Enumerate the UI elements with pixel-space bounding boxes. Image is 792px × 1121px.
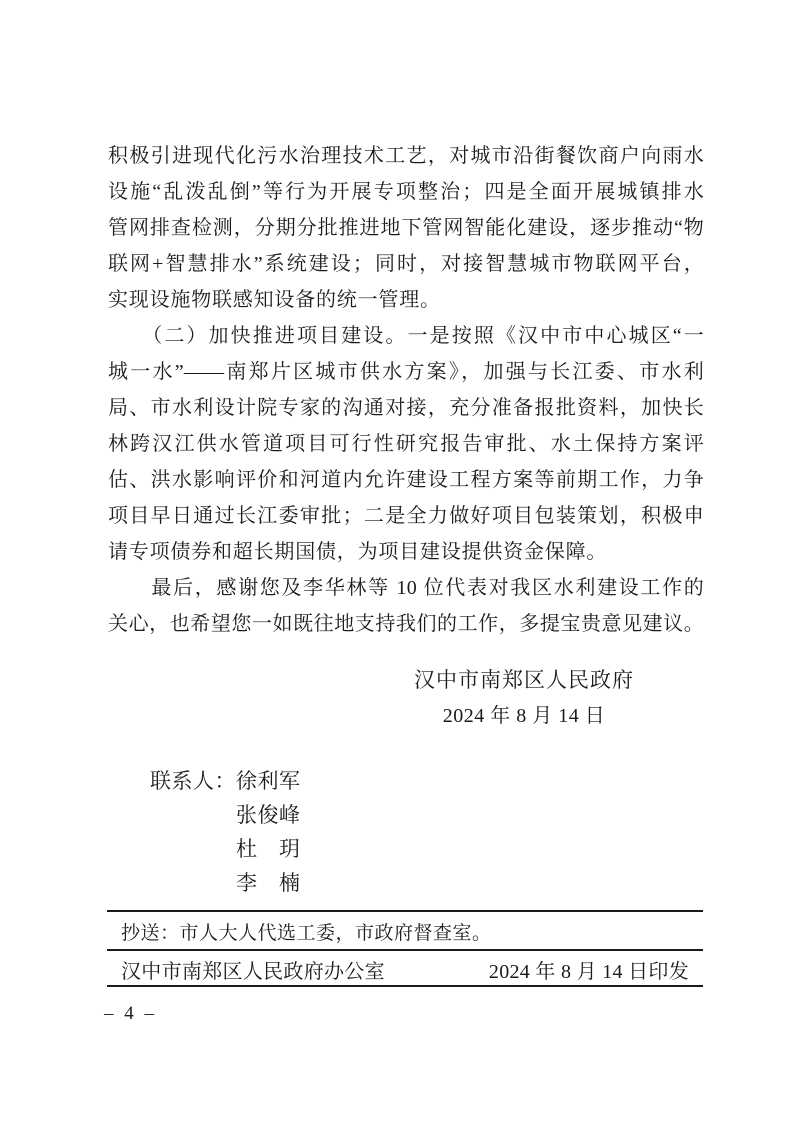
contacts-label: 联系人： — [150, 764, 236, 798]
contacts-block: 联系人： 徐利军张俊峰杜 玥李 楠 — [150, 764, 301, 900]
body-line: 请专项债券和超长期国债，为项目建设提供资金保障。 — [108, 534, 704, 570]
body-line: 城一水”——南郑片区城市供水方案》，加强与长江委、市水利 — [108, 354, 704, 390]
signature-date: 2024 年 8 月 14 日 — [414, 698, 634, 734]
page-number: – 4 – — [104, 1002, 157, 1026]
body-line: 局、市水利设计院专家的沟通对接，充分准备报批资料，加快长 — [108, 390, 704, 426]
contact-name: 徐利军 — [236, 764, 301, 798]
footer-rule-bottom — [107, 985, 703, 987]
body-paragraphs: 积极引进现代化污水治理技术工艺，对城市沿街餐饮商户向雨水设施“乱泼乱倒”等行为开… — [108, 138, 704, 642]
document-page: 积极引进现代化污水治理技术工艺，对城市沿街餐饮商户向雨水设施“乱泼乱倒”等行为开… — [0, 0, 792, 1121]
body-line: 项目早日通过长江委审批；二是全力做好项目包装策划，积极申 — [108, 498, 704, 534]
contact-name: 张俊峰 — [236, 798, 301, 832]
body-line: 最后，感谢您及李华林等 10 位代表对我区水利建设工作的 — [108, 570, 704, 606]
print-date: 2024 年 8 月 14 日印发 — [489, 956, 689, 988]
body-line: 积极引进现代化污水治理技术工艺，对城市沿街餐饮商户向雨水 — [108, 138, 704, 174]
signature-block: 汉中市南郑区人民政府 2024 年 8 月 14 日 — [108, 662, 704, 734]
footer-rule-middle — [107, 949, 703, 951]
cc-line: 抄送：市人大人代选工委，市政府督查室。 — [107, 918, 703, 950]
signature-inner: 汉中市南郑区人民政府 2024 年 8 月 14 日 — [414, 662, 634, 734]
body-line: 估、洪水影响评价和河道内允许建设工程方案等前期工作，力争 — [108, 462, 704, 498]
contact-name: 李 楠 — [236, 866, 301, 900]
body-line: 实现设施物联感知设备的统一管理。 — [108, 282, 704, 318]
contact-names: 徐利军张俊峰杜 玥李 楠 — [236, 764, 301, 900]
issuer-office: 汉中市南郑区人民政府办公室 — [121, 956, 385, 988]
body-line: 设施“乱泼乱倒”等行为开展专项整治；四是全面开展城镇排水 — [108, 174, 704, 210]
body-line: 关心，也希望您一如既往地支持我们的工作，多提宝贵意见建议。 — [108, 606, 704, 642]
signature-org: 汉中市南郑区人民政府 — [414, 662, 634, 698]
contact-name: 杜 玥 — [236, 832, 301, 866]
body-line: （二）加快推进项目建设。一是按照《汉中市中心城区“一 — [108, 318, 704, 354]
footer-rule-top — [107, 910, 703, 912]
body-line: 林跨汉江供水管道项目可行性研究报告审批、水土保持方案评 — [108, 426, 704, 462]
body-line: 管网排查检测，分期分批推进地下管网智能化建设，逐步推动“物 — [108, 210, 704, 246]
body-line: 联网+智慧排水”系统建设；同时，对接智慧城市物联网平台， — [108, 246, 704, 282]
issuer-row: 汉中市南郑区人民政府办公室 2024 年 8 月 14 日印发 — [107, 956, 703, 988]
